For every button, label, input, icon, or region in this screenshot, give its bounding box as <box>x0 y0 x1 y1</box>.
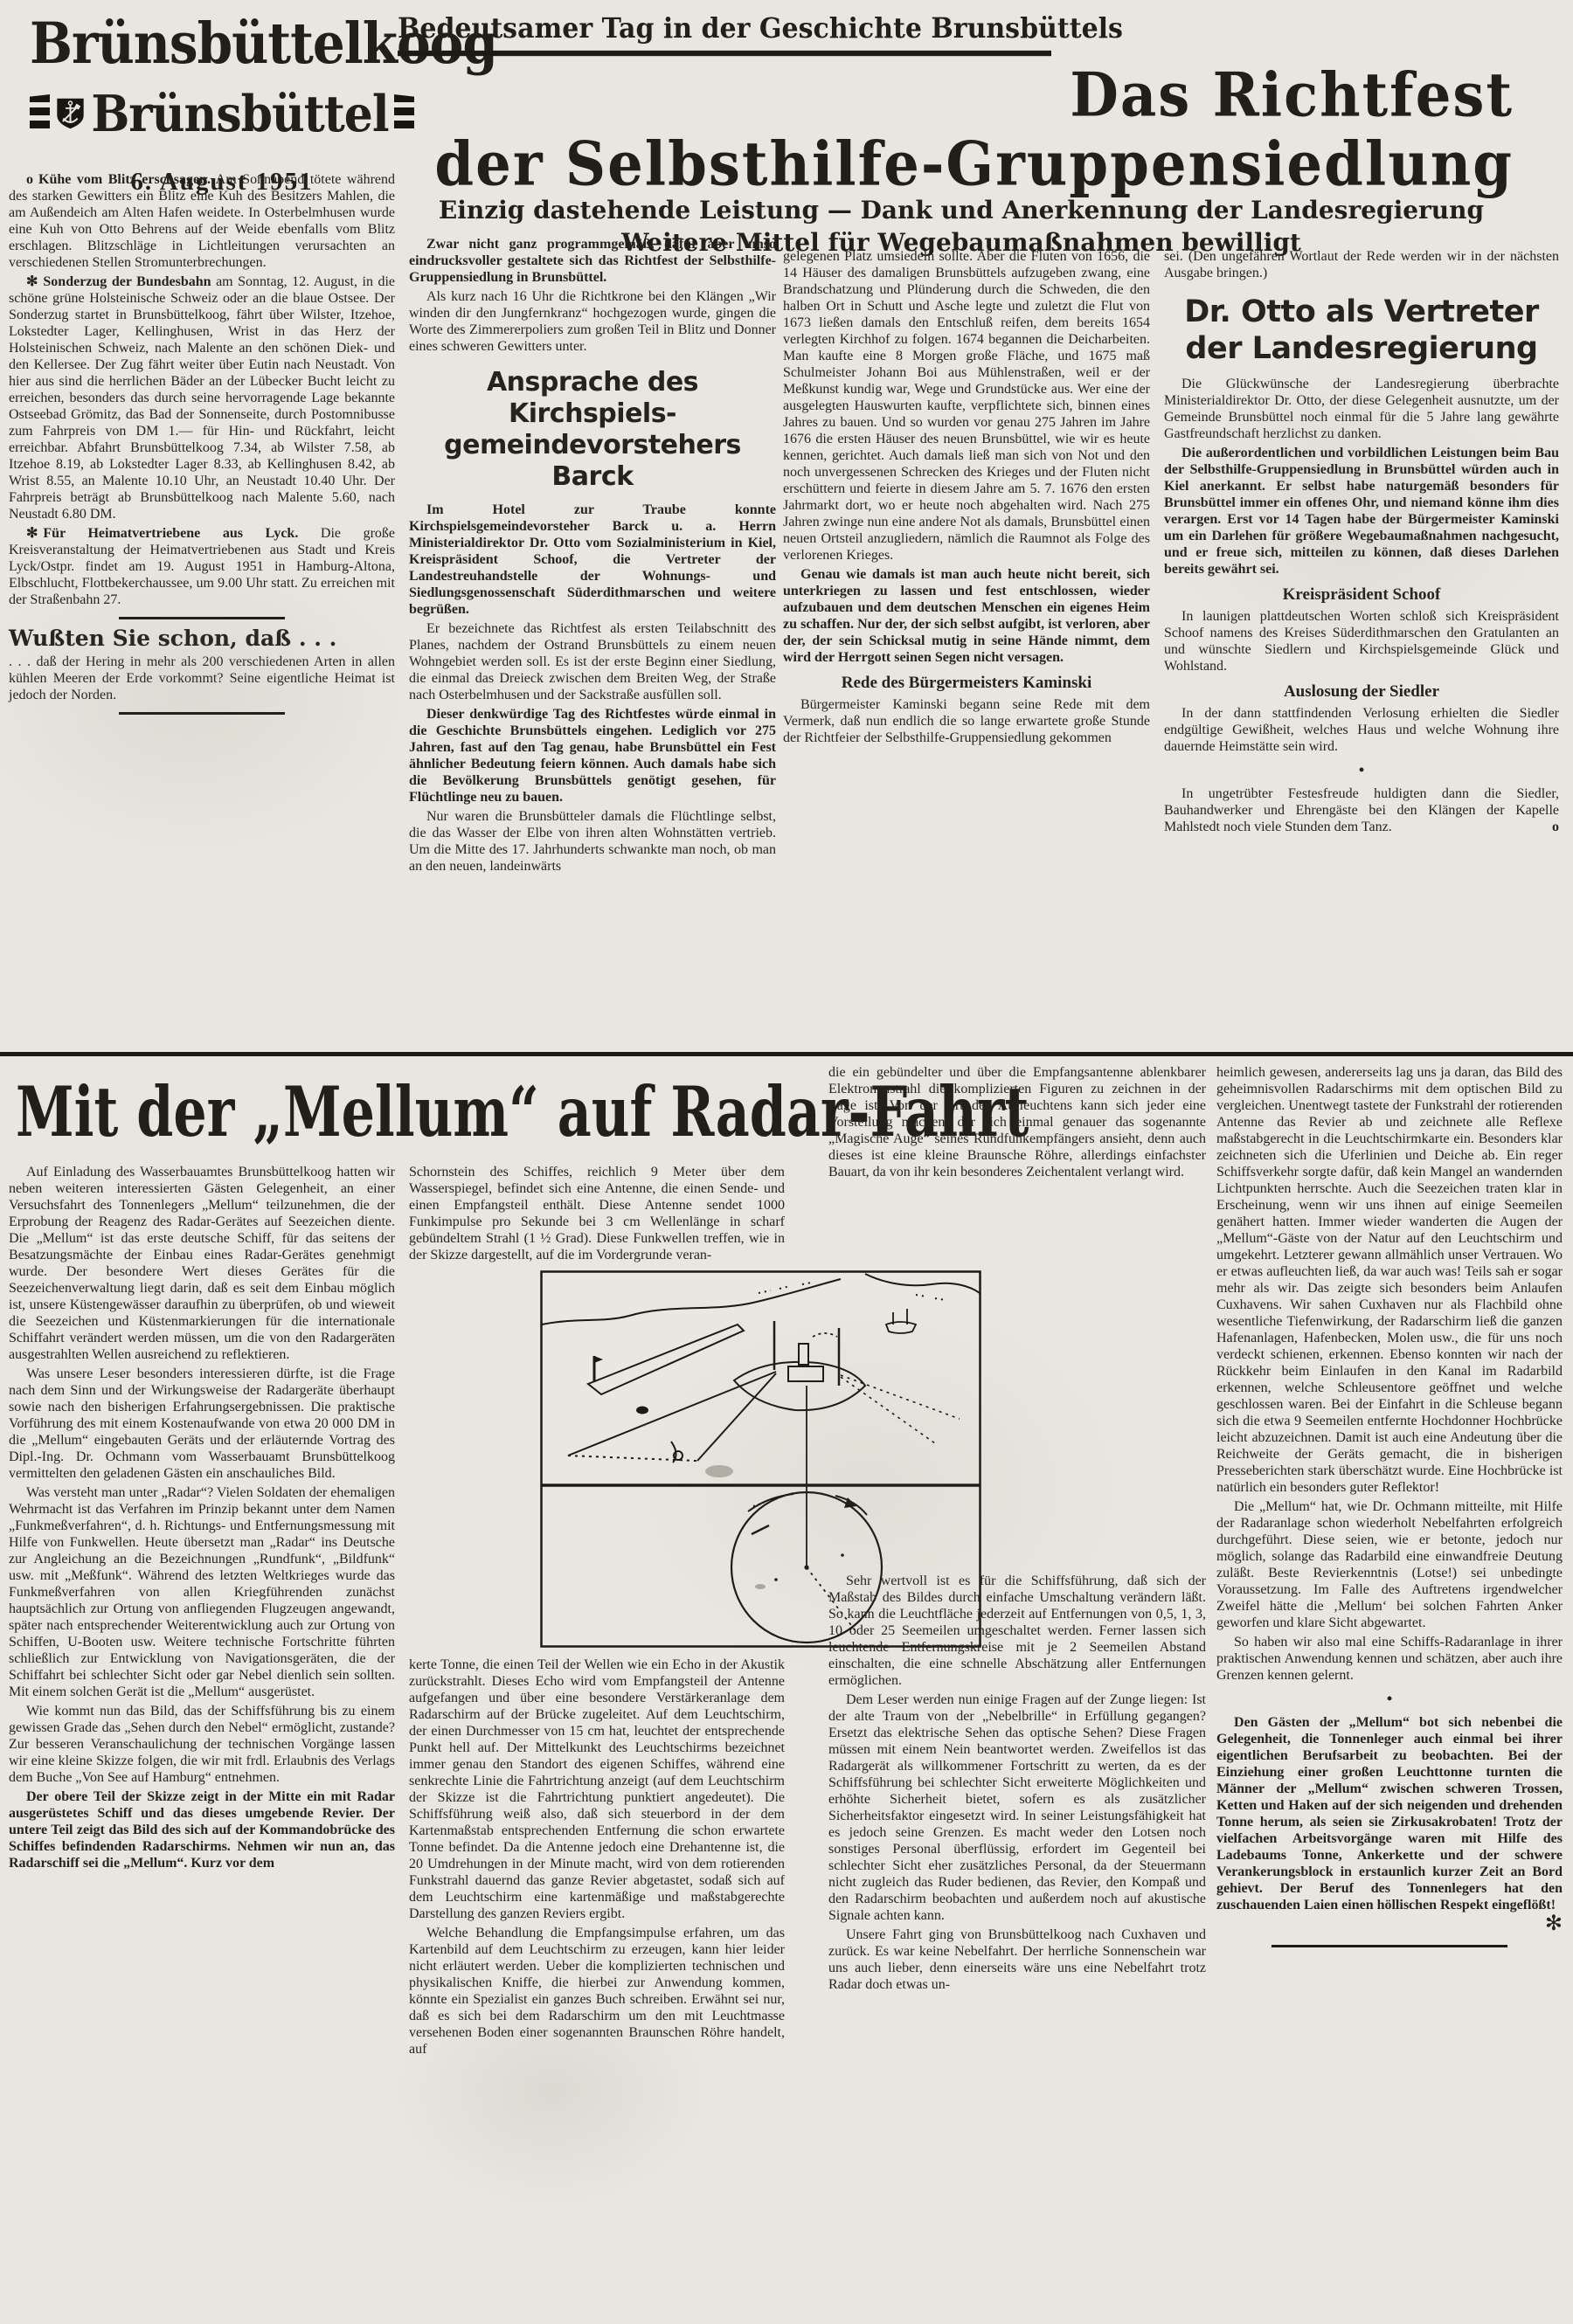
brief-item: ✻Sonderzug der Bundesbahn am Sonntag, 12… <box>9 273 395 522</box>
section-heading-dr-otto: Dr. Otto als Vertreter der Landesregieru… <box>1164 294 1559 367</box>
brief-lead: Kühe vom Blitz erschsagen. <box>38 172 211 187</box>
paragraph: In ungetrübter Festesfreude huldigten da… <box>1164 785 1559 835</box>
paragraph: Was unsere Leser besonders interessieren… <box>9 1366 395 1482</box>
briefs-column: oKühe vom Blitz erschsagen. Am Sonnabend… <box>9 171 395 725</box>
brief-marker: ✻ <box>26 274 43 289</box>
main-headline: Das Richtfest der Selbsthilfe-Gruppensie… <box>402 61 1514 199</box>
paragraph: Wie kommt nun das Bild, das der Schiffsf… <box>9 1703 395 1786</box>
article-divider-rule <box>0 1052 1573 1056</box>
paragraph: Der obere Teil der Skizze zeigt in der M… <box>9 1788 395 1871</box>
brief-item: oKühe vom Blitz erschsagen. Am Sonnabend… <box>9 171 395 271</box>
section-heading-line1: Ansprache des Kirchspiels- <box>409 367 776 430</box>
paragraph: Auf Einladung des Wasserbauamtes Brunsbü… <box>9 1164 395 1363</box>
anchor-shovel-shield-icon <box>55 73 86 154</box>
paragraph: Unsere Fahrt ging von Brunsbüttelkoog na… <box>828 1926 1206 1993</box>
top-article-col4: sei. (Den ungefähren Wortlaut der Rede w… <box>1164 248 1559 838</box>
paragraph: Genau wie damals ist man auch heute nich… <box>783 566 1150 666</box>
section-heading-kaminski: Rede des Bürgermeisters Kaminski <box>783 674 1150 691</box>
bottom-article-col4: heimlich gewesen, andererseits lag uns j… <box>1216 1064 1563 1947</box>
divider-rule <box>119 617 285 619</box>
paragraph: Bürgermeister Kaminski begann seine Rede… <box>783 696 1150 746</box>
brief-lead: Für Heimatvertriebene aus Lyck. <box>43 526 298 541</box>
section-heading-auslosung: Auslosung der Siedler <box>1164 683 1559 700</box>
paragraph: sei. (Den ungefähren Wortlaut der Rede w… <box>1164 248 1559 281</box>
main-subhead-line1: Einzig dastehende Leistung — Dank und An… <box>402 194 1521 226</box>
paragraph: In launigen plattdeutschen Worten schloß… <box>1164 608 1559 674</box>
masthead-title-line2: Brünsbüttel <box>91 84 388 142</box>
paragraph: In der dann stattfindenden Verlosung erh… <box>1164 705 1559 755</box>
paragraph: Sehr wertvoll ist es für die Schiffsführ… <box>828 1573 1206 1689</box>
paragraph: Welche Behandlung die Empfangsimpulse er… <box>409 1925 785 2058</box>
bottom-article-col2: Schornstein des Schiffes, reichlich 9 Me… <box>409 1164 785 2060</box>
paragraph: Schornstein des Schiffes, reichlich 9 Me… <box>409 1164 785 1263</box>
main-headline-line1: Das Richtfest <box>402 61 1514 130</box>
paragraph: Den Gästen der „Mellum“ bot sich nebenbe… <box>1216 1714 1563 1913</box>
paragraph: Was versteht man unter „Radar“? Vielen S… <box>9 1484 395 1700</box>
dot-divider: • <box>1164 762 1559 778</box>
paragraph-text: In ungetrübter Festesfreude huldigten da… <box>1164 786 1559 834</box>
paragraph: Die „Mellum“ hat, wie Dr. Ochmann mittei… <box>1216 1498 1563 1631</box>
main-headline-line2: der Selbsthilfe-Gruppensiedlung <box>402 130 1514 199</box>
end-star-marker: ✻ <box>1216 1916 1563 1933</box>
paragraph: Die außerordentlichen und vorbildlichen … <box>1164 445 1559 578</box>
end-marker: o <box>1535 819 1559 835</box>
top-article-col3: gelegenen Platz umsiedeln sollte. Aber d… <box>783 248 1150 749</box>
paragraph: Dieser denkwürdige Tag des Richtfestes w… <box>409 706 776 806</box>
didyouknow-title: Wußten Sie schon, daß . . . <box>9 630 395 647</box>
diagram-gap <box>828 1183 1206 1573</box>
top-article-col2: Zwar nicht ganz programmgemäß, dafür abe… <box>409 236 776 877</box>
paragraph: Dem Leser werden nun einige Fragen auf d… <box>828 1691 1206 1924</box>
masthead-title-line1: Brünsbüttelkoog <box>30 14 414 73</box>
didyouknow-text: . . . daß der Hering in mehr als 200 ver… <box>9 654 395 703</box>
section-heading-line2: der Landesregierung <box>1164 330 1559 367</box>
paragraph: die ein gebündelter und über die Empfang… <box>828 1064 1206 1180</box>
paragraph: heimlich gewesen, andererseits lag uns j… <box>1216 1064 1563 1496</box>
section-heading-barck: Ansprache des Kirchspiels- gemeindevorst… <box>409 367 776 493</box>
bottom-article-col3: die ein gebündelter und über die Empfang… <box>828 1064 1206 1995</box>
bottom-headline: Mit der „Mellum“ auf Radar-Fahrt <box>16 1071 813 1152</box>
paragraph: So haben wir also mal eine Schiffs-Radar… <box>1216 1634 1563 1684</box>
masthead: Brünsbüttelkoog Brünsbüttel 6. August 19… <box>30 14 414 197</box>
brief-text: am Sonntag, 12. August, in die schöne gr… <box>9 274 395 522</box>
newspaper-page: Brünsbüttelkoog Brünsbüttel 6. August 19… <box>0 0 1573 2324</box>
brief-item: ✻Für Heimatvertriebene aus Lyck. Die gro… <box>9 525 395 608</box>
bottom-article-col1: Auf Einladung des Wasserbauamtes Brunsbü… <box>9 1164 395 1874</box>
brief-lead: Sonderzug der Bundesbahn <box>43 274 211 289</box>
brief-marker: o <box>26 172 38 187</box>
paragraph: Nur waren die Brunsbütteler damals die F… <box>409 808 776 875</box>
paragraph: Die Glückwünsche der Landesregierung übe… <box>1164 376 1559 442</box>
end-rule <box>1272 1945 1507 1947</box>
paragraph: Er bezeichnete das Richtfest als ersten … <box>409 620 776 703</box>
section-heading-schoof: Kreispräsident Schoof <box>1164 586 1559 603</box>
paragraph: kerte Tonne, die einen Teil der Wellen w… <box>409 1657 785 1922</box>
paragraph: Im Hotel zur Traube konnte Kirchspielsge… <box>409 501 776 618</box>
section-heading-line2: gemeindevorstehers Barck <box>409 430 776 493</box>
section-heading-line1: Dr. Otto als Vertreter <box>1164 294 1559 330</box>
divider-rule <box>119 712 285 715</box>
dot-divider: • <box>1216 1691 1563 1707</box>
kicker: Bedeutsamer Tag in der Geschichte Brunsb… <box>398 13 1051 56</box>
paragraph: Zwar nicht ganz programmgemäß, dafür abe… <box>409 236 776 286</box>
masthead-wing-left-icon <box>30 94 50 133</box>
paragraph: Als kurz nach 16 Uhr die Richtkrone bei … <box>409 288 776 355</box>
paragraph: gelegenen Platz umsiedeln sollte. Aber d… <box>783 248 1150 564</box>
brief-marker: ✻ <box>26 526 43 541</box>
